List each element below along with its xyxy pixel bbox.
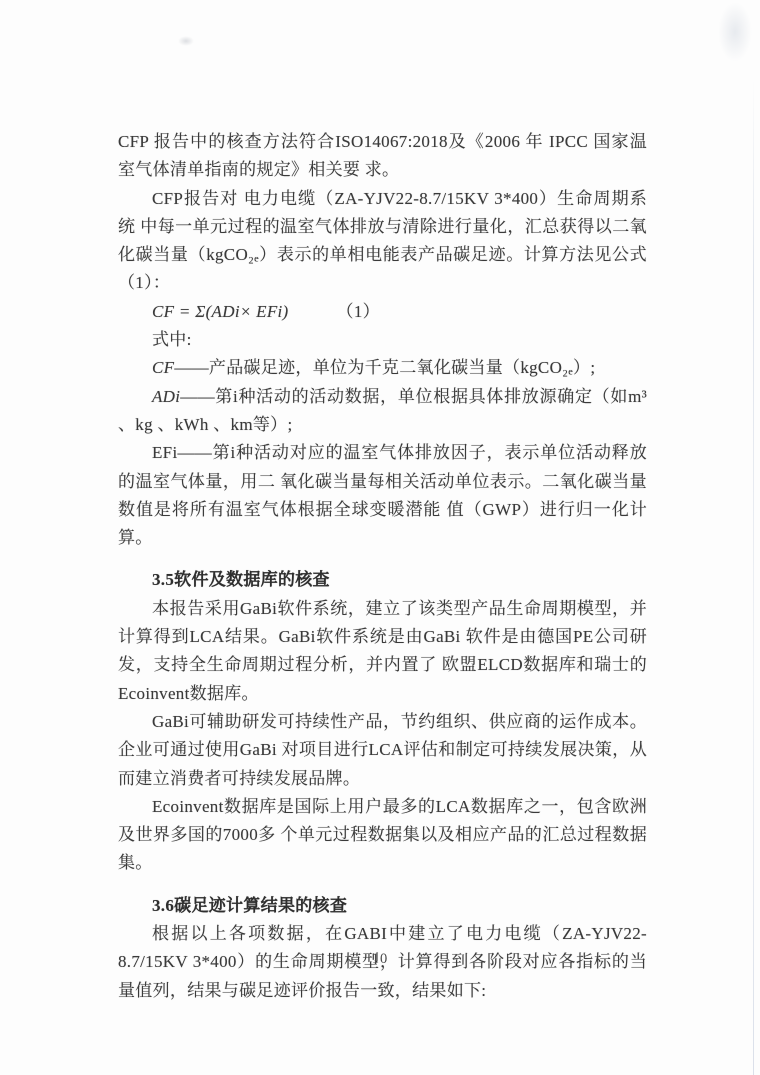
paragraph: 式中:	[118, 326, 647, 354]
document-body: CFP 报告中的核查方法符合ISO14067:2018及《2006 年 IPCC…	[118, 128, 647, 1005]
definition-item: CF——产品碳足迹，单位为千克二氧化碳当量（kgCO₂ₑ）;	[118, 354, 647, 382]
paragraph: CFP报告对 电力电缆（ZA-YJV22-8.7/15KV 3*400）生命周期…	[118, 185, 647, 298]
page-number: 10	[0, 951, 760, 968]
document-page: CFP 报告中的核查方法符合ISO14067:2018及《2006 年 IPCC…	[0, 0, 760, 1075]
section-heading: 3.6碳足迹计算结果的核查	[118, 892, 647, 920]
term-symbol: ADi	[152, 387, 180, 406]
paragraph: CFP 报告中的核查方法符合ISO14067:2018及《2006 年 IPCC…	[118, 128, 647, 185]
paragraph: Ecoinvent数据库是国际上用户最多的LCA数据库之一，包含欧洲及世界多国的…	[118, 793, 647, 878]
section-heading: 3.5软件及数据库的核查	[118, 566, 647, 594]
definition-item: ADi——第i种活动的活动数据，单位根据具体排放源确定（如m³ 、kg 、kWh…	[118, 383, 647, 440]
paragraph: 本报告采用GaBi软件系统，建立了该类型产品生命周期模型，并计算得到LCA结果。…	[118, 595, 647, 708]
scan-smudge-artifact	[178, 36, 194, 46]
term-symbol: EFi	[152, 443, 177, 462]
formula-number: （1）	[337, 302, 380, 321]
formula-line: CF = Σ(ADi× EFi)（1）	[118, 298, 647, 326]
paragraph: GaBi可辅助研发可持续性产品，节约组织、供应商的运作成本。企业可通过使用GaB…	[118, 708, 647, 793]
scan-smudge-artifact	[718, 2, 752, 62]
definition-item: EFi——第i种活动对应的温室气体排放因子，表示单位活动释放的温室气体量，用二 …	[118, 439, 647, 552]
term-symbol: CF	[152, 358, 174, 377]
scan-edge-line	[753, 80, 754, 1075]
formula-expression: CF = Σ(ADi× EFi)	[152, 302, 289, 321]
